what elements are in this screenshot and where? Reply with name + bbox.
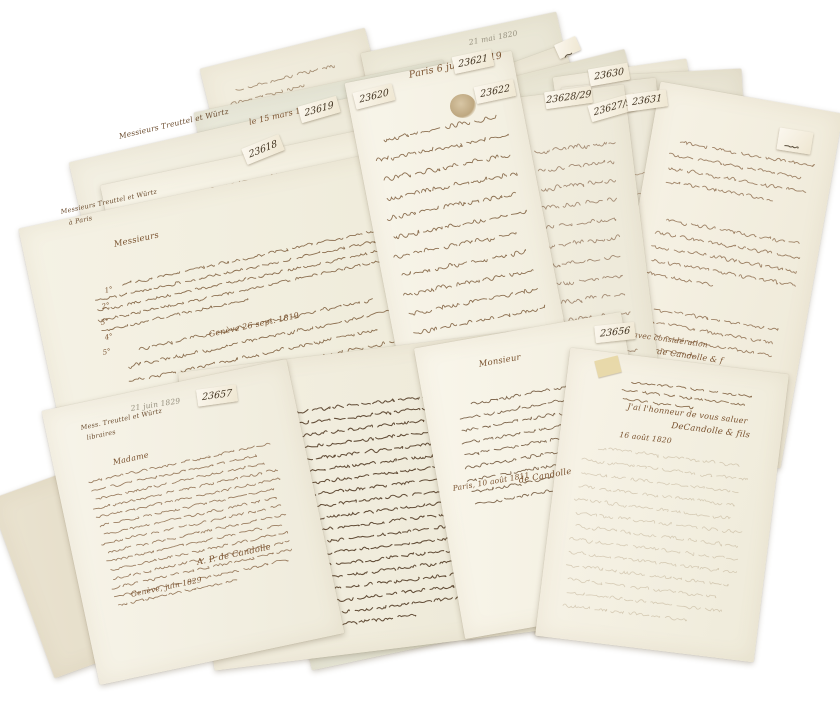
letter-sheet-bottom-right (535, 348, 789, 663)
list-marker: 2° (101, 301, 111, 311)
lot-tag-number: 23622 (480, 83, 510, 100)
lot-tag-number: 23657 (202, 388, 232, 403)
lot-tag-number: 23656 (600, 325, 631, 339)
lot-tag-number: 23631 (632, 93, 662, 108)
wax-seal (450, 94, 476, 118)
list-marker: 4° (104, 332, 114, 342)
list-marker: 1° (104, 285, 114, 295)
manuscript-lot-photo: Messieurs Treuttel et Würtz le 15 mars 1… (0, 0, 840, 714)
list-marker: 3° (100, 317, 110, 327)
lot-tag-number: 23628/29 (546, 89, 591, 106)
list-marker: 5° (102, 347, 112, 357)
lot-tag-number: 23621 (458, 53, 488, 70)
lot-tag-number: 23630 (594, 66, 624, 82)
